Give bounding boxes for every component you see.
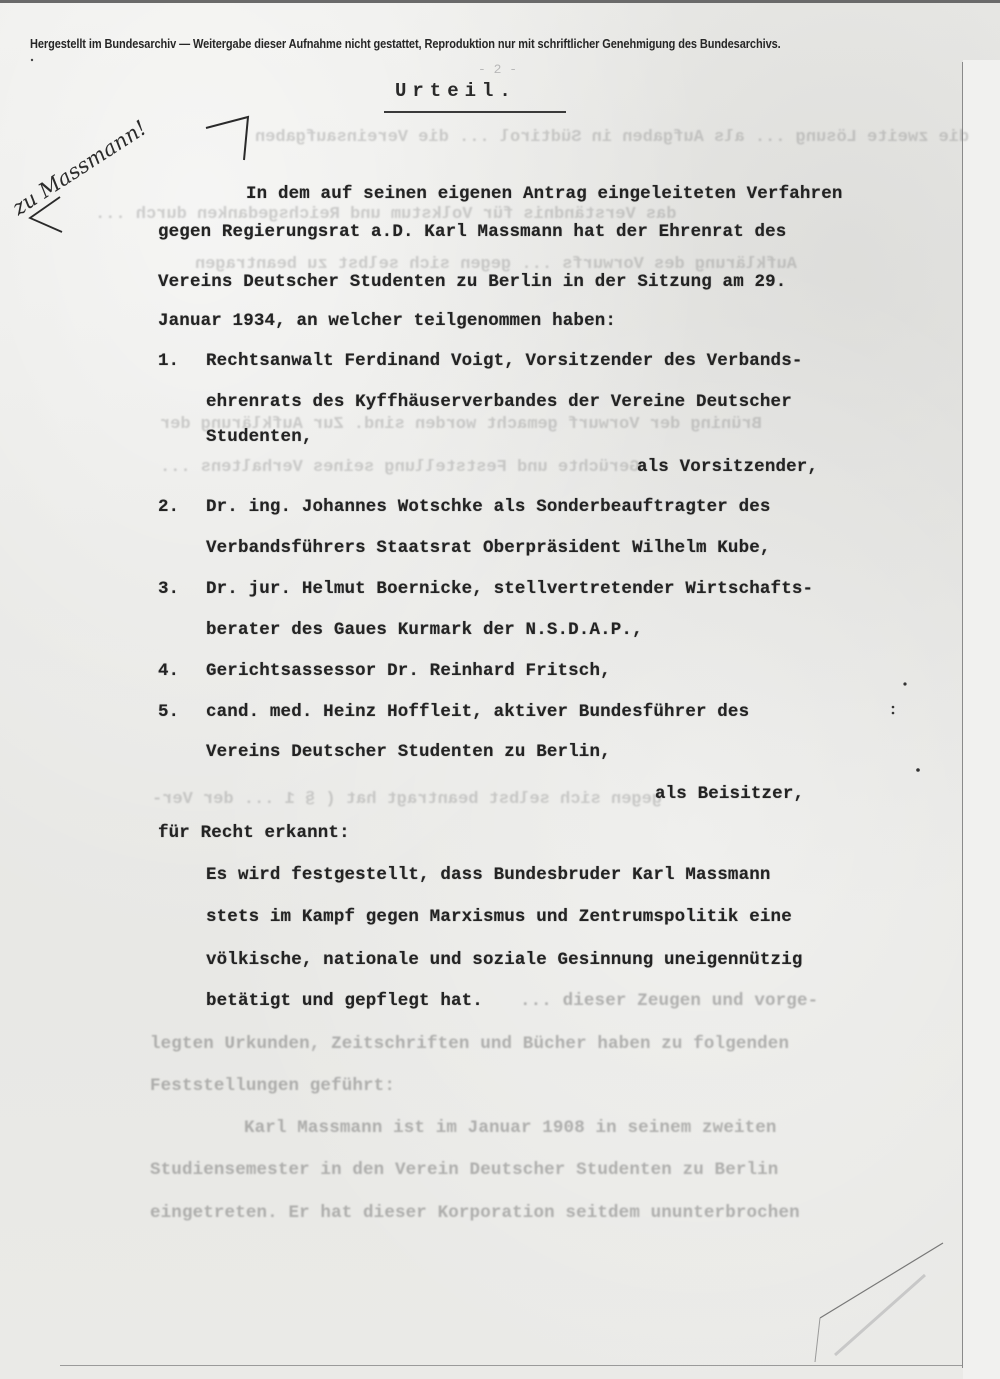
- check-mark-icon: [206, 117, 248, 160]
- intro-line: gegen Regierungsrat a.D. Karl Massmann h…: [158, 222, 786, 242]
- scan-right-strip: [963, 60, 1000, 1379]
- faded-line: Studiensemester in den Verein Deutscher …: [150, 1160, 778, 1180]
- member-number: 4.: [158, 661, 179, 681]
- faded-line: ... dieser Zeugen und vorge-: [520, 991, 818, 1011]
- faded-line: legten Urkunden, Zeitschriften und Büche…: [150, 1034, 789, 1054]
- bleed-through-line: die zweite Lösung ... als Aufgaben in Sü…: [255, 128, 969, 147]
- bleed-through-line: Gerüchte und Feststellung seines Verhalt…: [160, 458, 639, 477]
- member-line: Vereins Deutscher Studenten zu Berlin,: [206, 742, 611, 762]
- member-line: berater des Gaues Kurmark der N.S.D.A.P.…: [206, 620, 643, 640]
- faded-line: Karl Massmann ist im Januar 1908 in sein…: [244, 1118, 777, 1138]
- scan-top-edge: [0, 0, 1000, 3]
- page-right-edge: [962, 62, 963, 1368]
- verdict-intro: für Recht erkannt:: [158, 823, 350, 843]
- member-role: als Beisitzer,: [655, 784, 804, 804]
- corner-fold-line: [815, 1318, 820, 1362]
- dot-mark: [892, 712, 895, 715]
- page-number: - 2 -: [478, 62, 517, 77]
- bleed-through-line: gegen sich selbst beantragt hat ( § 1 ..…: [152, 790, 662, 809]
- document-title: Urteil.: [395, 80, 517, 102]
- member-line: Dr. jur. Helmut Boernicke, stellvertrete…: [206, 579, 813, 599]
- member-line: Dr. ing. Johannes Wotschke als Sonderbea…: [206, 497, 771, 517]
- archive-notice: Hergestellt im Bundesarchiv — Weitergabe…: [30, 37, 875, 51]
- verdict-line: völkische, nationale und soziale Gesinnu…: [206, 950, 803, 970]
- intro-line: Vereins Deutscher Studenten zu Berlin in…: [158, 272, 786, 292]
- member-number: 5.: [158, 702, 179, 722]
- dot-mark: [903, 682, 906, 685]
- faded-line: Feststellungen geführt:: [150, 1076, 395, 1096]
- faded-line: eingetreten. Er hat dieser Korporation s…: [150, 1203, 800, 1223]
- dot-mark: [916, 768, 920, 772]
- dot-mark: [31, 59, 33, 61]
- member-number: 3.: [158, 579, 179, 599]
- corner-fold-highlight: [835, 1275, 925, 1355]
- page-bottom-edge: [60, 1365, 962, 1366]
- member-number: 2.: [158, 497, 179, 517]
- document-page: die zweite Lösung ... als Aufgaben in Sü…: [0, 0, 1000, 1379]
- verdict-line: stets im Kampf gegen Marxismus und Zentr…: [206, 907, 792, 927]
- member-line: cand. med. Heinz Hoffleit, aktiver Bunde…: [206, 702, 749, 722]
- corner-fold-line: [820, 1243, 943, 1318]
- member-line: ehrenrats des Kyffhäuserverbandes der Ve…: [206, 392, 792, 412]
- dot-mark: [892, 706, 895, 709]
- member-line: Rechtsanwalt Ferdinand Voigt, Vorsitzend…: [206, 351, 803, 371]
- member-line: Studenten,: [206, 427, 313, 447]
- intro-line: In dem auf seinen eigenen Antrag eingele…: [246, 184, 843, 204]
- member-line: Gerichtsassessor Dr. Reinhard Fritsch,: [206, 661, 611, 681]
- member-line: Verbandsführers Staatsrat Oberpräsident …: [206, 538, 771, 558]
- member-number: 1.: [158, 351, 179, 371]
- title-underline: [384, 111, 566, 113]
- verdict-line: betätigt und gepflegt hat.: [206, 991, 483, 1011]
- member-role: als Vorsitzender,: [637, 457, 818, 477]
- intro-line: Januar 1934, an welcher teilgenommen hab…: [158, 311, 616, 331]
- verdict-line: Es wird festgestellt, dass Bundesbruder …: [206, 865, 771, 885]
